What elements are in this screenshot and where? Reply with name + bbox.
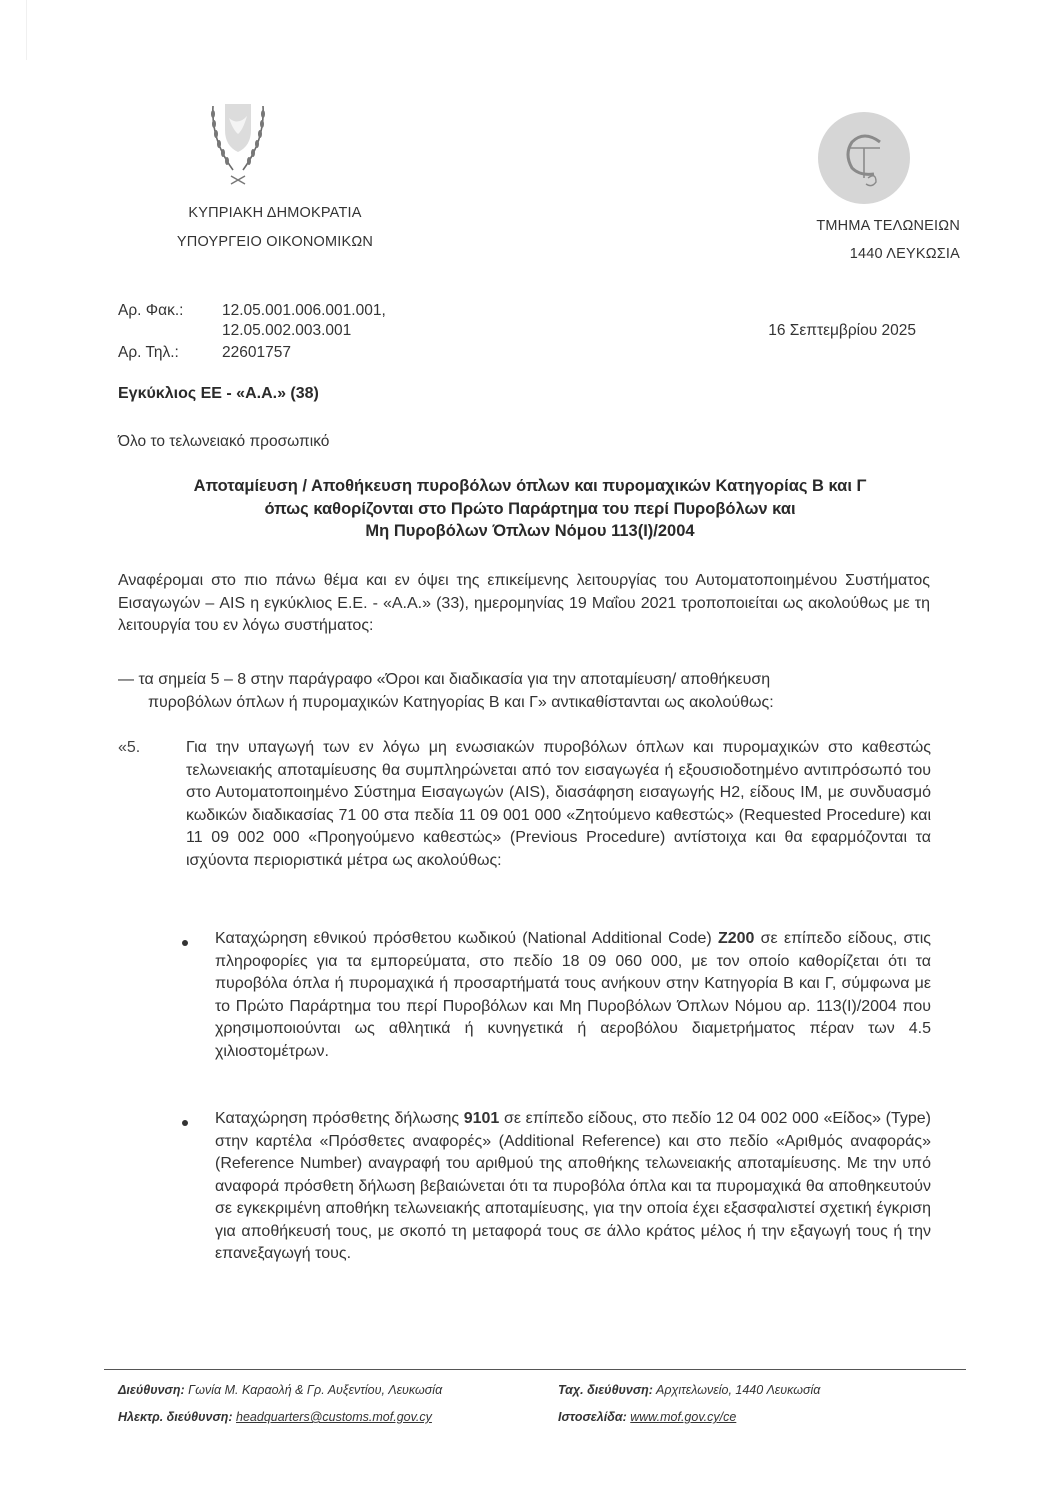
footer-postal-address: Ταχ. διεύθυνση: Αρχιτελωνείο, 1440 Λευκω… <box>558 1383 820 1397</box>
ministry-name: ΥΠΟΥΡΓΕΙΟ ΟΙΚΟΝΟΜΙΚΩΝ <box>140 234 410 250</box>
footer-divider <box>104 1369 966 1370</box>
bullet-2-text-end: σε επίπεδο είδους, στο πεδίο 12 04 002 0… <box>215 1110 931 1262</box>
file-number-1: 12.05.001.006.001.001, <box>222 302 386 319</box>
amendment-line-2: πυροβόλων όπλων ή πυρομαχικών Κατηγορίας… <box>118 692 940 715</box>
footer-email: Ηλεκτρ. διεύθυνση: headquarters@customs.… <box>118 1410 432 1424</box>
subject-line-3: Μη Πυροβόλων Όπλων Νόμου 113(Ι)/2004 <box>100 520 960 543</box>
subject-line-2: όπως καθορίζονται στο Πρώτο Παράρτημα το… <box>100 498 960 521</box>
phone-number: 22601757 <box>222 344 291 361</box>
file-reference-label: Αρ. Φακ.: <box>118 302 222 320</box>
footer-website: Ιστοσελίδα: www.mof.gov.cy/ce <box>558 1410 736 1424</box>
subject-heading: Αποταμίευση / Αποθήκευση πυροβόλων όπλων… <box>100 475 960 543</box>
ministry-country-name: ΚΥΠΡΙΑΚΗ ΔΗΜΟΚΡΑΤΙΑ <box>140 205 410 221</box>
postal-label: Ταχ. διεύθυνση: <box>558 1383 653 1397</box>
recipients: Όλο το τελωνειακό προσωπικό <box>118 433 329 451</box>
scan-edge-artifact <box>26 0 27 60</box>
phone-reference: Αρ. Τηλ.:22601757 <box>118 344 291 362</box>
bullet-item-z200: Καταχώρηση εθνικού πρόσθετου κωδικού (Na… <box>215 928 931 1063</box>
website-link[interactable]: www.mof.gov.cy/ce <box>630 1410 736 1424</box>
bullet-icon <box>182 1120 188 1126</box>
website-label: Ιστοσελίδα: <box>558 1410 627 1424</box>
amendment-line-1: — τα σημεία 5 – 8 στην παράγραφο «Όροι κ… <box>118 669 940 692</box>
bullet-icon <box>182 940 188 946</box>
address-label: Διεύθυνση: <box>118 1383 185 1397</box>
department-city: 1440 ΛΕΥΚΩΣΙΑ <box>770 246 960 262</box>
point-number: «5. <box>118 739 140 757</box>
national-additional-code: Z200 <box>718 930 754 947</box>
additional-declaration-code: 9101 <box>464 1110 500 1127</box>
document-date: 16 Σεπτεμβρίου 2025 <box>768 322 916 340</box>
bullet-1-text-start: Καταχώρηση εθνικού πρόσθετου κωδικού (Na… <box>215 930 718 947</box>
email-label: Ηλεκτρ. διεύθυνση: <box>118 1410 233 1424</box>
file-number-2: 12.05.002.003.001 <box>222 322 351 340</box>
amendment-item: — τα σημεία 5 – 8 στην παράγραφο «Όροι κ… <box>118 669 940 714</box>
file-reference: Αρ. Φακ.:12.05.001.006.001.001, <box>118 302 386 320</box>
phone-label: Αρ. Τηλ.: <box>118 344 222 362</box>
intro-paragraph: Αναφέρομαι στο πιο πάνω θέμα και εν όψει… <box>118 570 930 638</box>
bullet-1-text-end: σε επίπεδο είδους, στις πληροφορίες για … <box>215 930 931 1060</box>
postal-value: Αρχιτελωνείο, 1440 Λευκωσία <box>656 1383 820 1397</box>
bullet-item-9101: Καταχώρηση πρόσθετης δήλωσης 9101 σε επί… <box>215 1108 931 1266</box>
address-value: Γωνία Μ. Καραολή & Γρ. Αυξεντίου, Λευκωσ… <box>188 1383 442 1397</box>
cyprus-coat-of-arms-icon <box>207 100 269 194</box>
email-link[interactable]: headquarters@customs.mof.gov.cy <box>236 1410 432 1424</box>
subject-line-1: Αποταμίευση / Αποθήκευση πυροβόλων όπλων… <box>100 475 960 498</box>
customs-department-logo-icon <box>818 112 910 204</box>
circular-title: Εγκύκλιος ΕΕ - «Α.Α.» (38) <box>118 385 319 403</box>
department-name: ΤΜΗΜΑ ΤΕΛΩΝΕΙΩΝ <box>770 218 960 234</box>
footer-address: Διεύθυνση: Γωνία Μ. Καραολή & Γρ. Αυξεντ… <box>118 1383 442 1397</box>
point-5-text: Για την υπαγωγή των εν λόγω μη ενωσιακών… <box>186 737 931 872</box>
bullet-2-text-start: Καταχώρηση πρόσθετης δήλωσης <box>215 1110 464 1127</box>
